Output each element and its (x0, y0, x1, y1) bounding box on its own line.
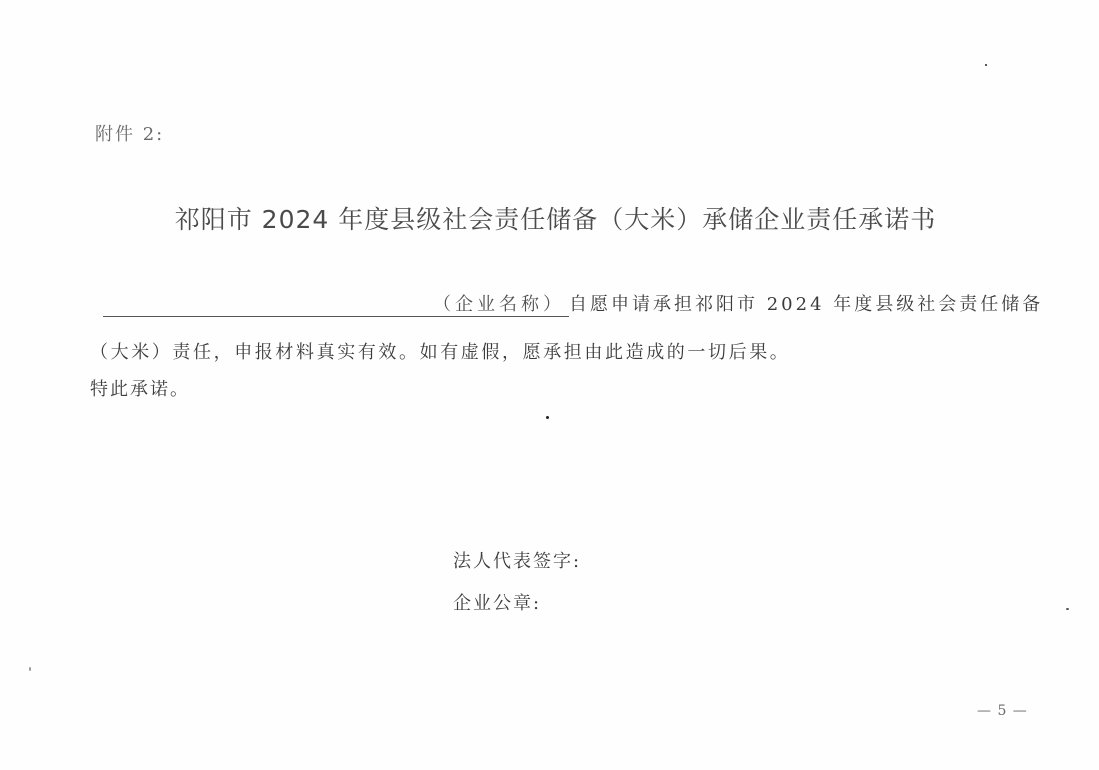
company-seal-label: 企业公章: (453, 589, 541, 615)
page-number: — 5 — (977, 703, 1028, 719)
commitment-text-line-1: 自愿申请承担祁阳市 2024 年度县级社会责任储备 (569, 294, 1043, 315)
company-name-hint: （企业名称） (423, 290, 569, 317)
scan-speck (546, 416, 549, 419)
commitment-paragraph-line-1: （企业名称）自愿申请承担祁阳市 2024 年度县级社会责任储备 (90, 290, 1043, 317)
document-page: 附件 2: 祁阳市 2024 年度县级社会责任储备（大米）承储企业责任承诺书 （… (0, 0, 1099, 770)
commitment-text-line-2: （大米）责任，申报材料真实有效。如有虚假，愿承担由此造成的一切后果。 (90, 338, 790, 364)
scan-speck (1066, 608, 1069, 610)
document-title: 祁阳市 2024 年度县级社会责任储备（大米）承储企业责任承诺书 (0, 200, 1099, 236)
company-name-blank-field[interactable] (103, 296, 423, 317)
scan-speck (985, 64, 987, 66)
commitment-closing: 特此承诺。 (90, 375, 190, 401)
scan-speck (29, 667, 31, 671)
attachment-label: 附件 2: (95, 120, 164, 146)
legal-representative-signature-label: 法人代表签字: (453, 547, 581, 573)
